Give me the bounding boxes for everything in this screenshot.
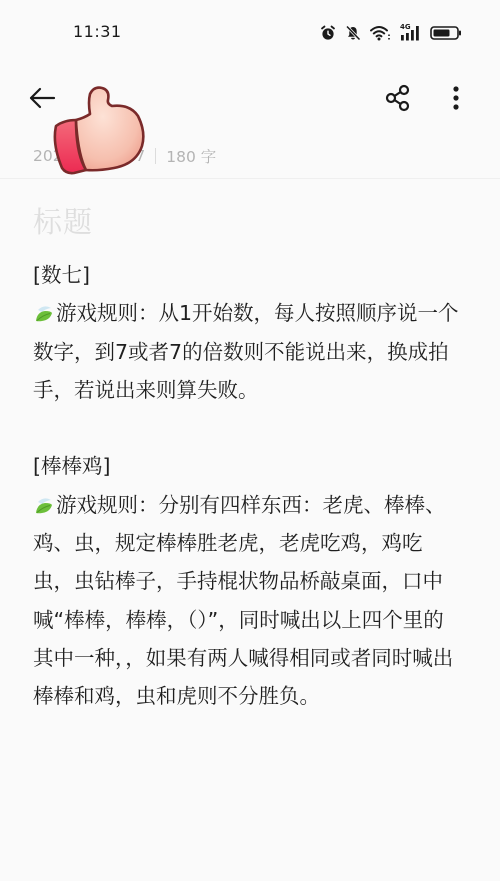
note-meta: 202.27 180 字 <box>33 145 216 167</box>
alarm-icon <box>320 25 336 41</box>
share-icon <box>384 84 412 112</box>
leaf-icon <box>33 298 55 320</box>
battery-icon <box>430 25 462 41</box>
arrow-left-icon <box>28 84 58 112</box>
section-rule: 游戏规则：从1开始数，每人按照顺序说一个数字，到7或者7的倍数则不能说出来，换成… <box>33 294 463 409</box>
section-heading: [数七] <box>33 256 463 294</box>
note-date: 202.27 <box>33 147 145 165</box>
status-icons: 4G <box>320 23 462 43</box>
share-button[interactable] <box>384 84 412 112</box>
wifi-icon <box>370 25 391 41</box>
header-divider <box>0 178 500 179</box>
meta-separator <box>155 148 156 164</box>
section-heading: [棒棒鸡] <box>33 447 463 485</box>
signal-4g-icon: 4G <box>400 25 421 41</box>
status-time: 11:31 <box>73 22 122 41</box>
mute-bell-icon <box>345 25 361 41</box>
more-vertical-icon <box>444 82 468 114</box>
word-count: 180 字 <box>166 145 216 167</box>
leaf-icon <box>33 490 55 512</box>
note-title-input[interactable]: 标题 <box>33 200 93 241</box>
note-body[interactable]: [数七] 游戏规则：从1开始数，每人按照顺序说一个数字，到7或者7的倍数则不能说… <box>33 256 463 716</box>
note-editor-screen: 11:31 <box>0 0 500 881</box>
toolbar <box>0 72 500 124</box>
back-button[interactable] <box>28 84 58 112</box>
section-rule: 游戏规则：分别有四样东西：老虎、棒棒、鸡、虫，规定棒棒胜老虎，老虎吃鸡，鸡吃虫，… <box>33 486 463 716</box>
more-options-button[interactable] <box>444 82 468 114</box>
status-bar: 11:31 <box>0 0 500 66</box>
